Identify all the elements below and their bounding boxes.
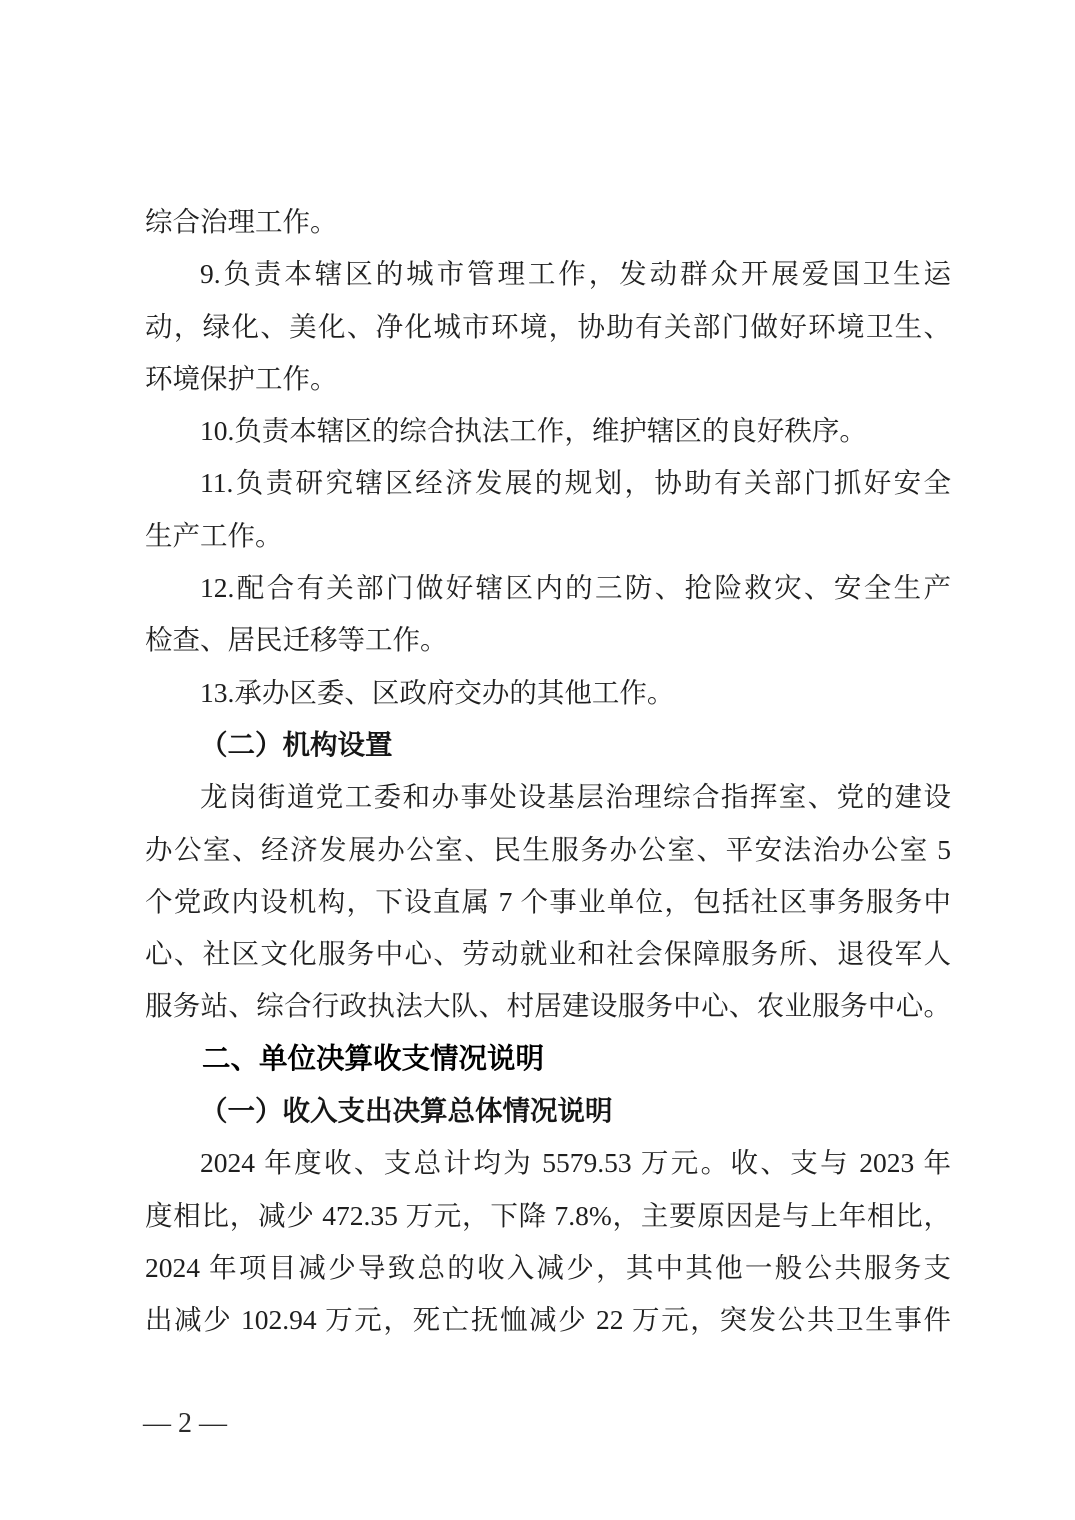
text-line: 度相比，减少 472.35 万元，下降 7.8%，主要原因是与上年相比， xyxy=(145,1190,951,1242)
text-line: 综合治理工作。 xyxy=(145,196,951,248)
text-line: 11.负责研究辖区经济发展的规划，协助有关部门抓好安全 xyxy=(145,457,951,509)
text-line: 服务站、综合行政执法大队、村居建设服务中心、农业服务中心。 xyxy=(145,980,951,1032)
heading-text: （一）收入支出决算总体情况说明 xyxy=(145,1085,951,1137)
text-line: 13.承办区委、区政府交办的其他工作。 xyxy=(145,667,951,719)
section-heading-org-setup: （二）机构设置 xyxy=(145,719,951,771)
text-line: 动，绿化、美化、净化城市环境，协助有关部门做好环境卫生、 xyxy=(145,301,951,353)
section-heading-overview: （一）收入支出决算总体情况说明 xyxy=(145,1085,951,1137)
text-line: 10.负责本辖区的综合执法工作，维护辖区的良好秩序。 xyxy=(145,405,951,457)
paragraph-continuation: 综合治理工作。 xyxy=(145,196,951,248)
paragraph-duty-item-10: 10.负责本辖区的综合执法工作，维护辖区的良好秩序。 xyxy=(145,405,951,457)
paragraph-org-setup: 龙岗街道党工委和办事处设基层治理综合指挥室、党的建设 办公室、经济发展办公室、民… xyxy=(145,771,951,1032)
text-line: 9.负责本辖区的城市管理工作，发动群众开展爱国卫生运 xyxy=(145,248,951,300)
paragraph-duty-item-11: 11.负责研究辖区经济发展的规划，协助有关部门抓好安全 生产工作。 xyxy=(145,457,951,562)
document-page: 综合治理工作。 9.负责本辖区的城市管理工作，发动群众开展爱国卫生运 动，绿化、… xyxy=(0,0,1075,1520)
text-line: 心、社区文化服务中心、劳动就业和社会保障服务所、退役军人 xyxy=(145,928,951,980)
text-line: 2024 年项目减少导致总的收入减少，其中其他一般公共服务支 xyxy=(145,1242,951,1294)
text-line: 个党政内设机构，下设直属 7 个事业单位，包括社区事务服务中 xyxy=(145,876,951,928)
text-line: 检查、居民迁移等工作。 xyxy=(145,614,951,666)
heading-text: （二）机构设置 xyxy=(145,719,951,771)
paragraph-duty-item-9: 9.负责本辖区的城市管理工作，发动群众开展爱国卫生运 动，绿化、美化、净化城市环… xyxy=(145,248,951,405)
paragraph-duty-item-12: 12.配合有关部门做好辖区内的三防、抢险救灾、安全生产 检查、居民迁移等工作。 xyxy=(145,562,951,667)
text-line: 办公室、经济发展办公室、民生服务办公室、平安法治办公室 5 xyxy=(145,824,951,876)
page-number: — 2 — xyxy=(143,1406,227,1442)
text-line: 龙岗街道党工委和办事处设基层治理综合指挥室、党的建设 xyxy=(145,771,951,823)
text-line: 12.配合有关部门做好辖区内的三防、抢险救灾、安全生产 xyxy=(145,562,951,614)
section-heading-two: 二、单位决算收支情况说明 xyxy=(145,1033,951,1085)
document-body: 综合治理工作。 9.负责本辖区的城市管理工作，发动群众开展爱国卫生运 动，绿化、… xyxy=(145,196,951,1347)
text-line: 出减少 102.94 万元，死亡抚恤减少 22 万元，突发公共卫生事件 xyxy=(145,1294,951,1346)
paragraph-budget-overview: 2024 年度收、支总计均为 5579.53 万元。收、支与 2023 年 度相… xyxy=(145,1137,951,1346)
heading-text: 二、单位决算收支情况说明 xyxy=(145,1033,951,1085)
text-line: 生产工作。 xyxy=(145,510,951,562)
paragraph-duty-item-13: 13.承办区委、区政府交办的其他工作。 xyxy=(145,667,951,719)
text-line: 环境保护工作。 xyxy=(145,353,951,405)
text-line: 2024 年度收、支总计均为 5579.53 万元。收、支与 2023 年 xyxy=(145,1137,951,1189)
